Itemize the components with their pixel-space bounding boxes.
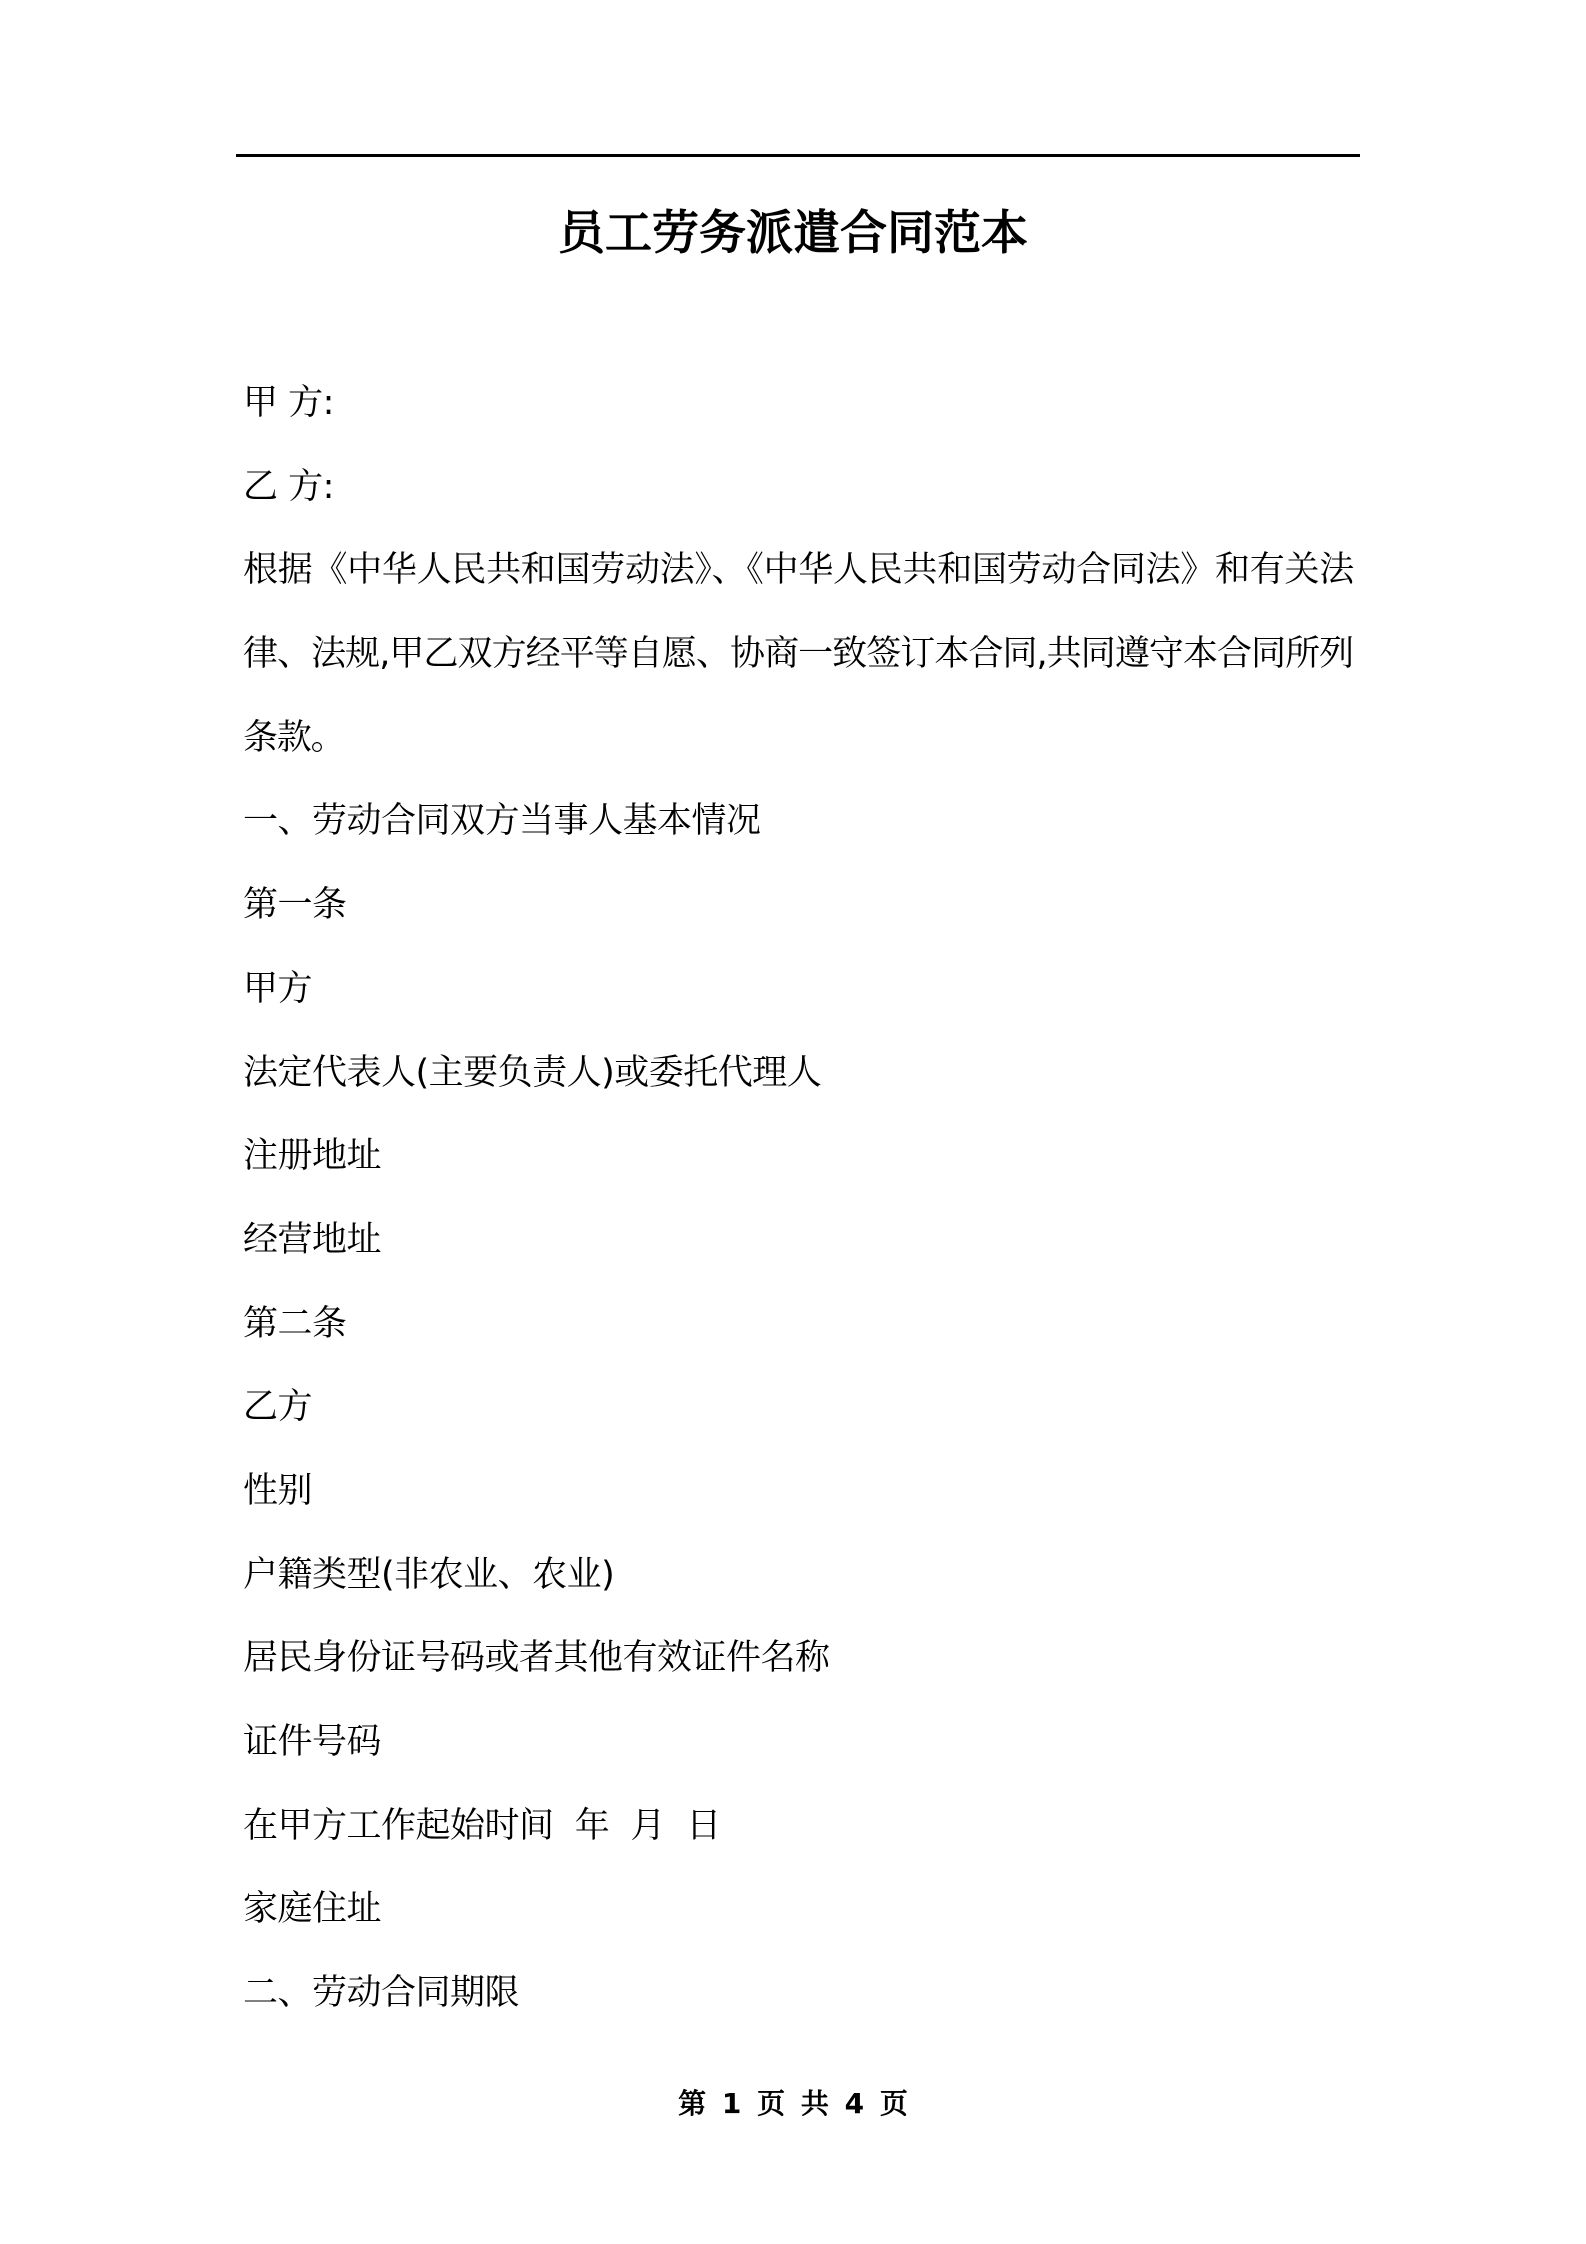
document-title: 员工劳务派遣合同范本 — [0, 204, 1586, 264]
home-address-field: 家庭住址 — [243, 1868, 1353, 1952]
start-date-field: 在甲方工作起始时间 年 月 日 — [243, 1785, 1353, 1869]
household-type-field: 户籍类型(非农业、农业) — [243, 1534, 1353, 1618]
legal-representative-field: 法定代表人(主要负责人)或委托代理人 — [243, 1032, 1353, 1116]
article-1-label: 第一条 — [243, 864, 1353, 948]
header-rule — [236, 154, 1360, 157]
party-a-label: 甲 方: — [243, 362, 1353, 446]
document-body: 甲 方: 乙 方: 根据《中华人民共和国劳动法》、《中华人民共和国劳动合同法》和… — [243, 362, 1353, 2036]
section-2-heading: 二、劳动合同期限 — [243, 1952, 1353, 2036]
party-b-label: 乙 方: — [243, 446, 1353, 530]
page-number: 第 1 页 共 4 页 — [0, 2084, 1586, 2124]
gender-field: 性别 — [243, 1450, 1353, 1534]
party-a-field: 甲方 — [243, 948, 1353, 1032]
id-document-name-field: 居民身份证号码或者其他有效证件名称 — [243, 1617, 1353, 1701]
id-number-field: 证件号码 — [243, 1701, 1353, 1785]
section-1-heading: 一、劳动合同双方当事人基本情况 — [243, 780, 1353, 864]
article-2-label: 第二条 — [243, 1283, 1353, 1367]
business-address-field: 经营地址 — [243, 1199, 1353, 1283]
registered-address-field: 注册地址 — [243, 1115, 1353, 1199]
preamble-paragraph: 根据《中华人民共和国劳动法》、《中华人民共和国劳动合同法》和有关法律、法规,甲乙… — [243, 529, 1353, 780]
party-b-field: 乙方 — [243, 1366, 1353, 1450]
